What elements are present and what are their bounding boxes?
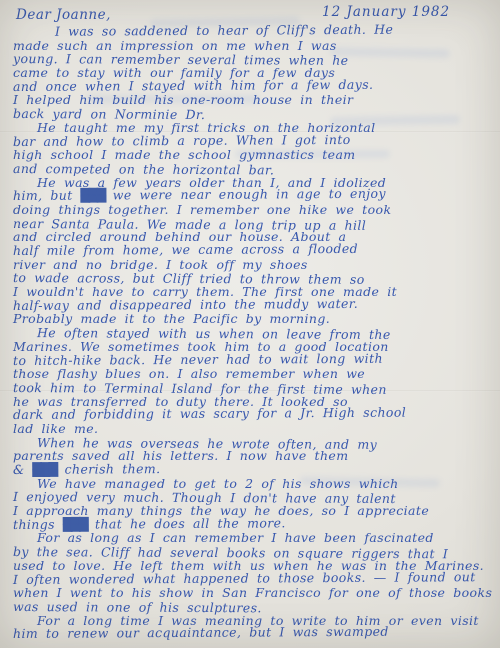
letter-line: I was so saddened to hear of Cliff's dea… bbox=[13, 22, 498, 39]
letter-line: took him to Terminal Island for the firs… bbox=[13, 381, 498, 397]
letter-header: Dear Joanne, 12 January 1982 bbox=[16, 4, 500, 24]
letter-line: to wade across, but Cliff tried to throw… bbox=[13, 271, 498, 287]
letter-line: bar and how to climb a rope. When I got … bbox=[13, 132, 498, 149]
letter-line: young. I can remember several times when… bbox=[13, 52, 498, 68]
letter-line: For as long as I can remember I have bee… bbox=[13, 531, 498, 545]
letter-line: near Santa Paula. We made a long trip up… bbox=[13, 217, 498, 233]
letter-page: Dear Joanne, 12 January 1982 I was so sa… bbox=[0, 0, 500, 648]
line-text: that he does all the more. bbox=[87, 515, 286, 531]
letter-body: I was so saddened to hear of Cliff's dea… bbox=[13, 25, 498, 641]
letter-line: When he was overseas he wrote often, and… bbox=[13, 436, 498, 452]
letter-line: He often stayed with us when on leave fr… bbox=[13, 326, 498, 342]
letter-line: Probably made it to the Pacific by morni… bbox=[13, 312, 498, 326]
letter-line: when I went to his show in San Francisco… bbox=[13, 586, 498, 600]
letter-line: doing things together. I remember one hi… bbox=[13, 203, 498, 217]
letter-line: things ███ that he does all the more. bbox=[13, 515, 498, 532]
letter-line: We have managed to get to 2 of his shows… bbox=[13, 477, 498, 491]
crossed-out-word: ███ bbox=[63, 516, 87, 531]
letter-line: back yard on Norminie Dr. bbox=[13, 107, 498, 123]
letter-date: 12 January 1982 bbox=[322, 4, 450, 20]
line-text: things bbox=[13, 516, 63, 531]
crossed-out-word: ███ bbox=[80, 188, 104, 203]
letter-line: was used in one of his sculptures. bbox=[13, 600, 498, 616]
letter-salutation: Dear Joanne, bbox=[16, 7, 111, 23]
letter-line: made such an impression on me when I was bbox=[13, 39, 498, 53]
letter-line: I often wondered what happened to those … bbox=[13, 570, 498, 587]
letter-line: those flashy blues on. I also remember w… bbox=[13, 367, 498, 381]
letter-line: I enjoyed very much. Though I don't have… bbox=[13, 490, 498, 506]
letter-line: by the sea. Cliff had several books on s… bbox=[13, 545, 498, 561]
letter-line: lad like me. bbox=[13, 422, 498, 436]
letter-line: dark and forbidding it was scary for a J… bbox=[13, 405, 498, 422]
letter-line: to hitch-hike back. He never had to wait… bbox=[13, 351, 498, 368]
letter-line: high school I made the school gymnastics… bbox=[13, 148, 498, 162]
crossed-out-word: ███ bbox=[32, 462, 56, 477]
letter-line: river and no bridge. I took off my shoes bbox=[13, 258, 498, 272]
letter-line: him, but ███ we were near enough in age … bbox=[13, 186, 498, 203]
letter-line: & ███ cherish them. bbox=[13, 460, 498, 477]
line-text: we were near enough in age to enjoy bbox=[105, 186, 386, 203]
letter-line: half-way and disappeared into the muddy … bbox=[13, 296, 498, 313]
letter-line: and competed on the horizontal bar. bbox=[13, 162, 498, 178]
letter-line: and once when I stayed with him for a fe… bbox=[13, 77, 498, 94]
letter-line: I helped him build his one-room house in… bbox=[13, 93, 498, 107]
line-text: & bbox=[13, 462, 32, 477]
letter-line: half mile from home, we came across a fl… bbox=[13, 241, 498, 258]
line-text: him, but bbox=[13, 188, 81, 203]
letter-line: him to renew our acquaintance, but I was… bbox=[13, 624, 498, 641]
line-text: cherish them. bbox=[57, 461, 161, 477]
